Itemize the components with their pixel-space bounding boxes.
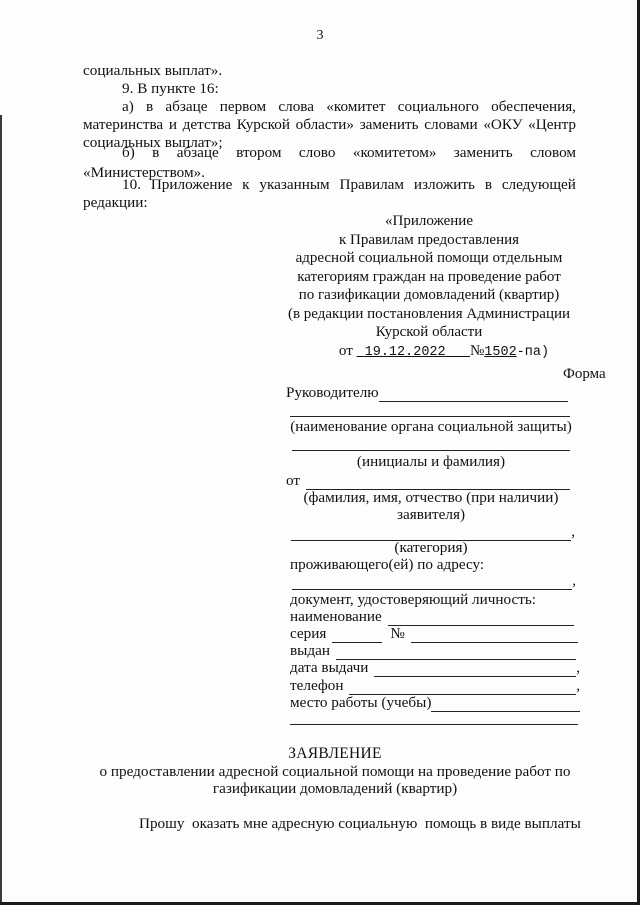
word: слово xyxy=(299,144,336,162)
appendix-line: адресной социальной помощи отдельным xyxy=(270,249,588,268)
word: указанным xyxy=(259,176,329,194)
caption-applicant-1: (фамилия, имя, отчество (при наличии) xyxy=(286,489,576,507)
word: абзаце xyxy=(165,98,207,116)
word: изложить xyxy=(414,176,475,194)
word: 10. xyxy=(122,176,141,194)
word: следующей xyxy=(502,176,576,194)
issue-date-blank[interactable] xyxy=(374,662,576,677)
appendix-line: «Приложение xyxy=(270,212,588,231)
appendix-line: Курской области xyxy=(270,323,588,342)
word: первом xyxy=(220,98,266,116)
applicant-field: от xyxy=(286,472,570,490)
caption-org: (наименование органа социальной защиты) xyxy=(286,418,576,436)
word: «комитет xyxy=(326,98,385,116)
org-name-blank[interactable] xyxy=(290,416,570,417)
body-line-1: социальных выплат». xyxy=(83,62,222,80)
word: материнства xyxy=(83,116,163,134)
workplace-blank[interactable] xyxy=(431,697,580,712)
issue-date-field: дата выдачи , xyxy=(290,659,580,677)
applicant-blank[interactable] xyxy=(306,475,570,490)
doc-number-label: № xyxy=(390,625,405,643)
date-prefix: от xyxy=(339,343,353,359)
recipient-head-label: Руководителю xyxy=(286,384,379,402)
word: слова xyxy=(278,98,314,116)
appendix-line: (в редакции постановления Администрации xyxy=(270,305,588,324)
item-10-line-1: 10. Приложение к указанным Правилам изло… xyxy=(122,176,576,194)
form-label: Форма xyxy=(563,365,606,383)
item-9-heading: 9. В пункте 16: xyxy=(122,80,219,98)
comma: , xyxy=(572,572,576,590)
resolution-date-line: от 19.12.2022 №1502-па) xyxy=(270,342,588,363)
workplace-field: место работы (учебы) xyxy=(290,694,580,712)
word: заменить xyxy=(454,144,513,162)
phone-blank[interactable] xyxy=(349,680,576,695)
address-field: , xyxy=(292,572,576,590)
word: к xyxy=(242,176,249,194)
caption-applicant-2: заявителя) xyxy=(286,506,576,524)
item-10-line-2: редакции: xyxy=(83,194,148,212)
word: втором xyxy=(236,144,281,162)
word: обеспечения, xyxy=(491,98,576,116)
word: области» xyxy=(296,116,354,134)
head-name-blank[interactable] xyxy=(292,450,570,451)
issued-by-label: выдан xyxy=(290,642,330,660)
statement-subtitle-2: газификации домовладений (квартир) xyxy=(80,780,590,798)
workplace-label: место работы (учебы) xyxy=(290,694,431,712)
id-doc-label: документ, удостоверяющий личность: xyxy=(290,591,536,609)
caption-name: (инициалы и фамилия) xyxy=(286,453,576,471)
scan-edge-left xyxy=(0,115,2,905)
series-number-field: серия № xyxy=(290,625,578,643)
item-9a-line-1: а) в абзаце первом слова «комитет социал… xyxy=(122,98,576,116)
word: в xyxy=(485,176,492,194)
doc-name-field: наименование xyxy=(290,608,574,626)
word: в xyxy=(152,144,159,162)
phone-label: телефон xyxy=(290,677,343,695)
recipient-head-field: Руководителю xyxy=(286,384,568,402)
comma: , xyxy=(576,677,580,695)
word: словом xyxy=(530,144,576,162)
word: и xyxy=(169,116,177,134)
doc-number-blank[interactable] xyxy=(411,628,578,643)
appendix-line: категориям граждан на проведение работ xyxy=(270,268,588,287)
workplace-blank-2[interactable] xyxy=(290,724,578,725)
issued-by-blank[interactable] xyxy=(336,645,576,660)
word: заменить xyxy=(360,116,419,134)
comma: , xyxy=(576,659,580,677)
word: в xyxy=(146,98,153,116)
word: «Центр xyxy=(528,116,576,134)
number-suffix: -па) xyxy=(517,345,549,360)
statement-title: ЗАЯВЛЕНИЕ xyxy=(80,745,590,763)
word: словами xyxy=(424,116,477,134)
item-9a-line-2: материнства и детства Курской области» з… xyxy=(83,116,576,134)
caption-category: (категория) xyxy=(286,539,576,557)
item-9b-line-1: б) в абзаце втором слово «комитетом» зам… xyxy=(122,144,576,162)
appendix-line: к Правилам предоставления xyxy=(270,231,588,250)
word: Правилам xyxy=(340,176,405,194)
word: детства xyxy=(183,116,231,134)
resolution-number: 1502 xyxy=(484,345,516,360)
appendix-header: «Приложение к Правилам предоставления ад… xyxy=(270,212,588,362)
word: социального xyxy=(398,98,479,116)
doc-name-label: наименование xyxy=(290,608,382,626)
resolution-date: 19.12.2022 xyxy=(357,345,470,360)
series-label: серия xyxy=(290,625,326,643)
phone-field: телефон , xyxy=(290,677,580,695)
number-sign: № xyxy=(470,343,484,359)
word: б) xyxy=(122,144,135,162)
word: а) xyxy=(122,98,134,116)
doc-name-blank[interactable] xyxy=(388,611,574,626)
statement-subtitle-1: о предоставлении адресной социальной пом… xyxy=(80,763,590,781)
statement-request: Прошу оказать мне адресную социальную по… xyxy=(139,815,581,833)
word: «комитетом» xyxy=(353,144,437,162)
page-number: 3 xyxy=(0,28,640,44)
word: абзаце xyxy=(177,144,219,162)
word: «ОКУ xyxy=(483,116,522,134)
issue-date-label: дата выдачи xyxy=(290,659,368,677)
issued-by-field: выдан xyxy=(290,642,576,660)
from-label: от xyxy=(286,472,300,490)
recipient-head-blank[interactable] xyxy=(379,387,568,402)
word: Курской xyxy=(237,116,290,134)
appendix-line: по газификации домовладений (квартир) xyxy=(270,286,588,305)
series-blank[interactable] xyxy=(332,628,382,643)
address-blank[interactable] xyxy=(292,575,572,590)
word: Приложение xyxy=(151,176,233,194)
